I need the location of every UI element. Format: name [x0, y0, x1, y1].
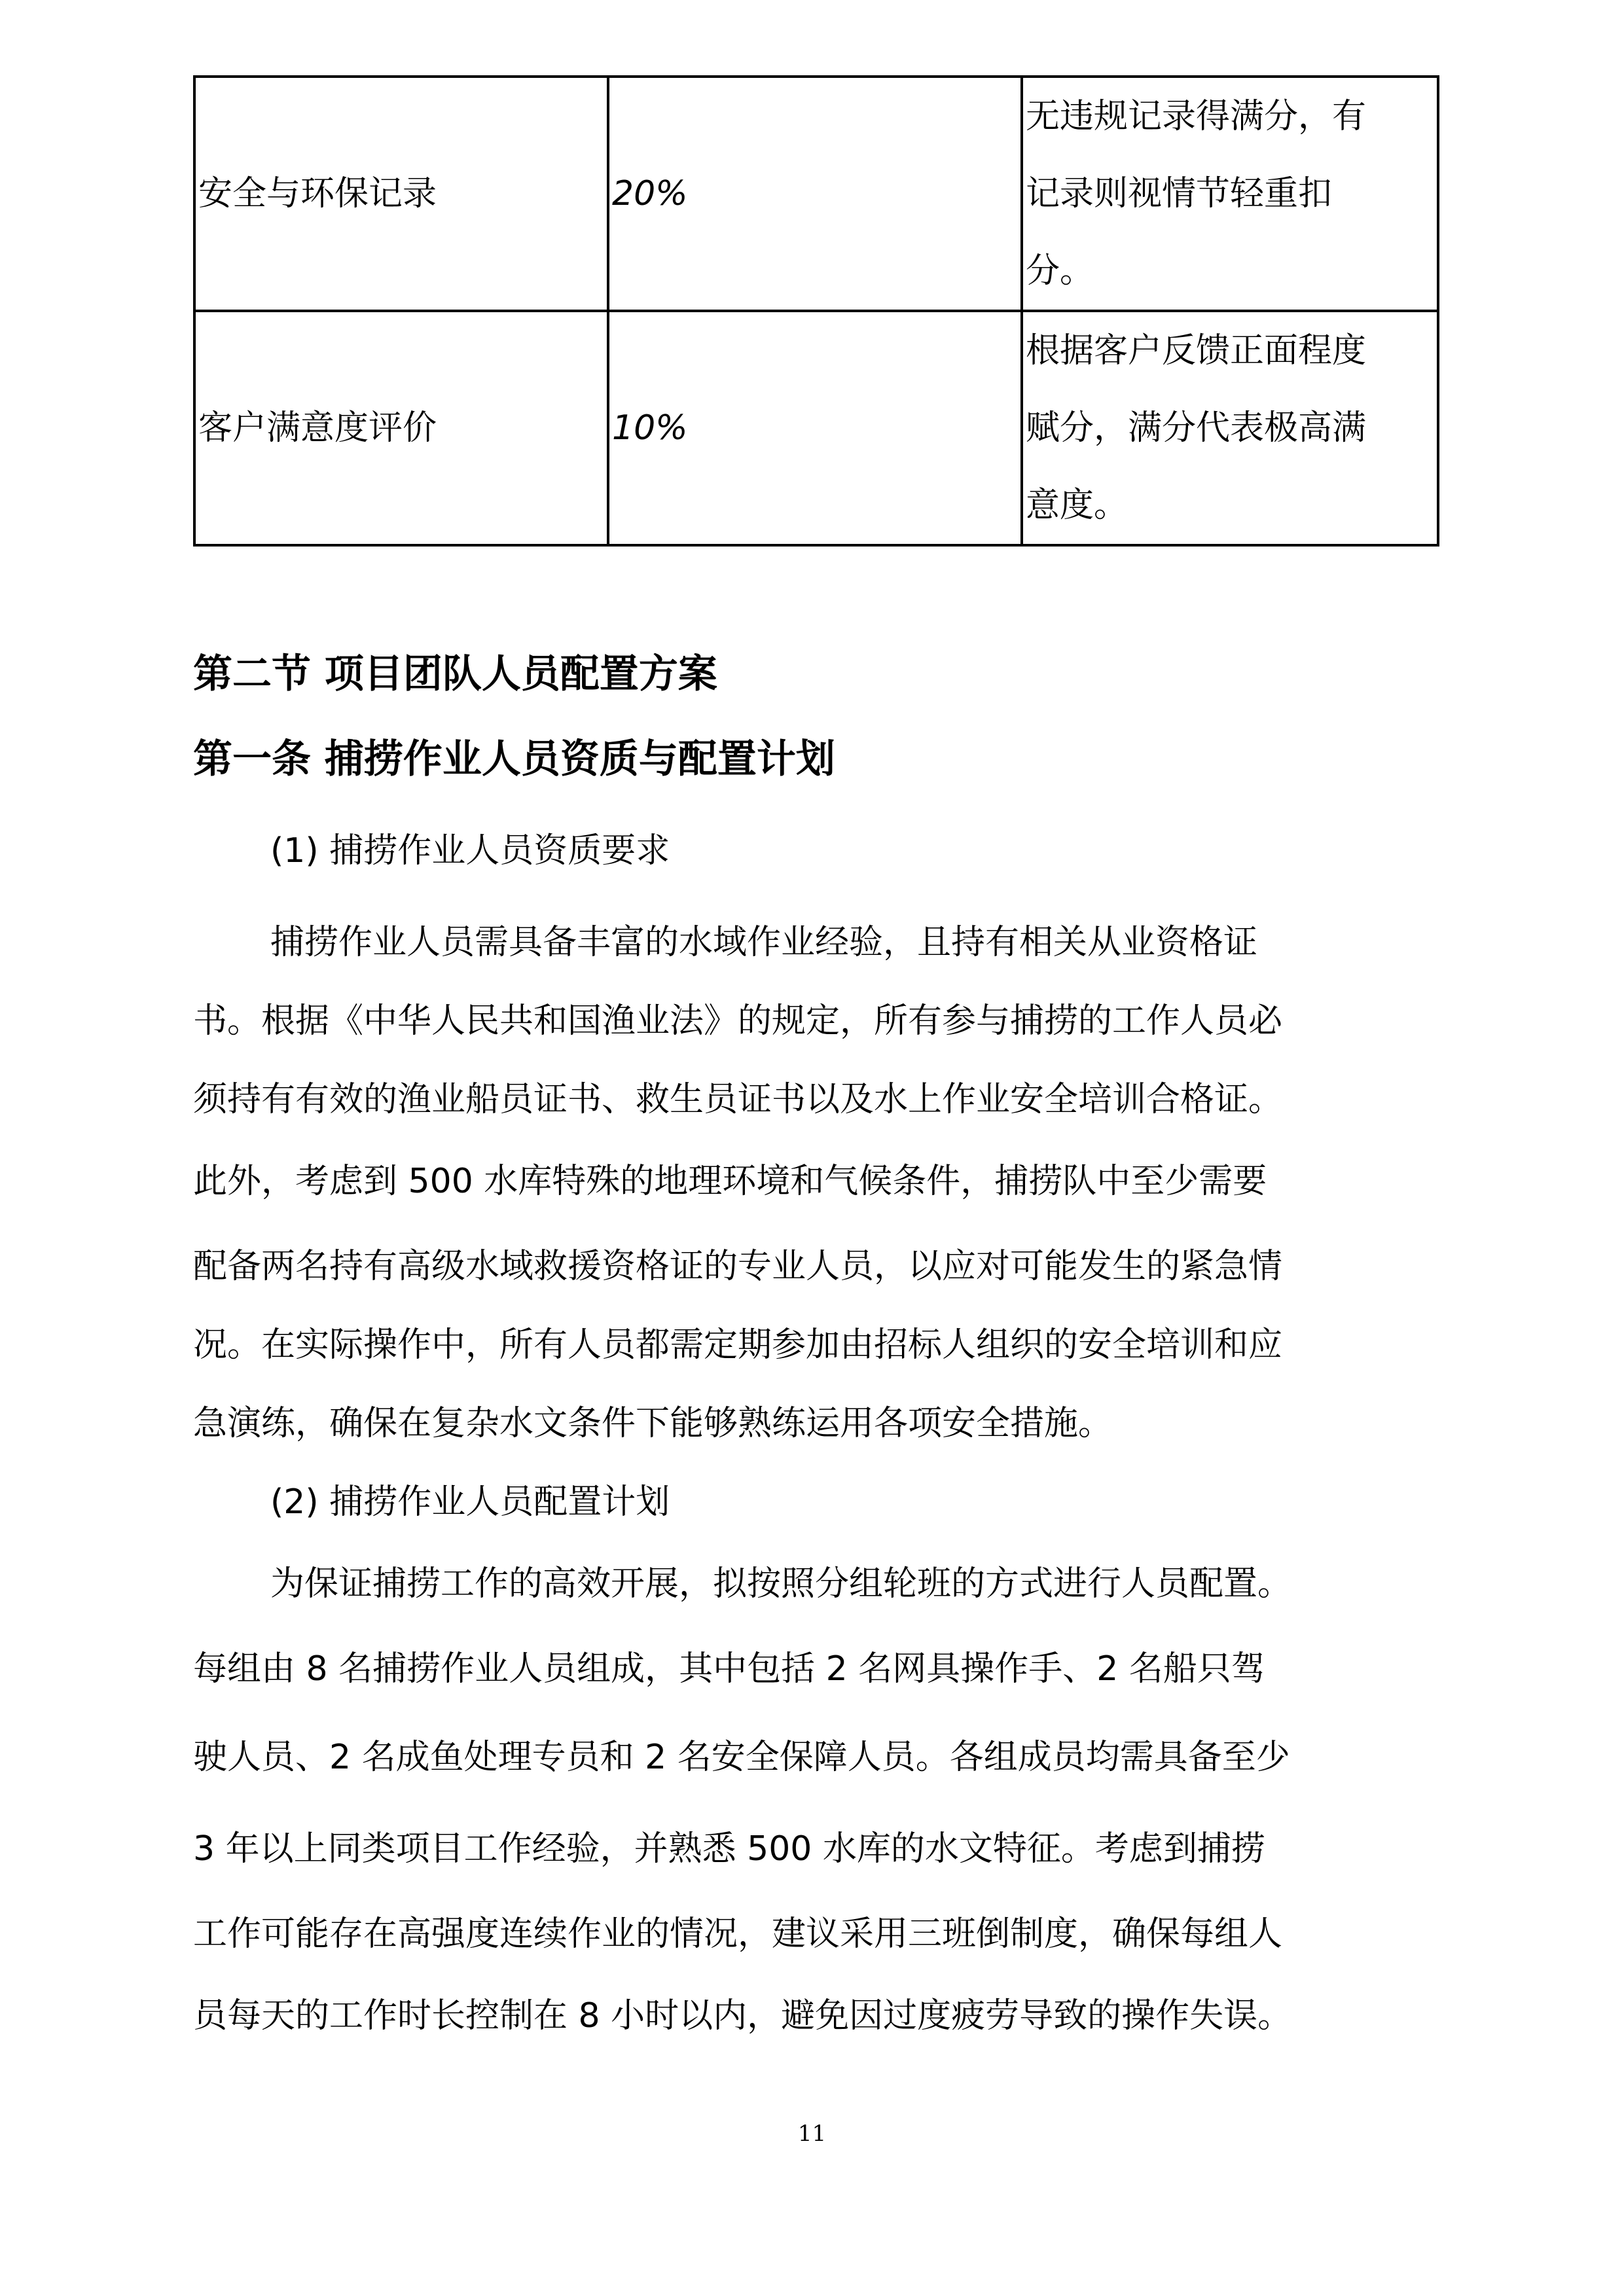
- paragraph-line: 员每天的工作时长控制在 8 小时以内，避免因过度疲劳导致的操作失误。: [193, 1993, 1291, 2039]
- paragraph-line: 急演练，确保在复杂水文条件下能够熟练运用各项安全措施。: [193, 1401, 1112, 1446]
- table-cell-weight: 10%: [608, 311, 1022, 545]
- paragraph-line: 驶人员、2 名成鱼处理专员和 2 名安全保障人员。各组成员均需具备至少: [193, 1734, 1290, 1780]
- criteria-line: 意度。: [1026, 467, 1434, 544]
- subsection-title-staffing-plan: (2) 捕捞作业人员配置计划: [270, 1479, 670, 1525]
- table-cell-criteria: 根据客户反馈正面程度 赋分，满分代表极高满 意度。: [1022, 311, 1438, 545]
- paragraph-line: 工作可能存在高强度连续作业的情况，建议采用三班倒制度，确保每组人: [193, 1911, 1282, 1957]
- criteria-line: 分。: [1026, 232, 1434, 310]
- paragraph-line: 配备两名持有高级水域救援资格证的专业人员，以应对可能发生的紧急情: [193, 1244, 1282, 1289]
- table-row: 客户满意度评价 10% 根据客户反馈正面程度 赋分，满分代表极高满 意度。: [194, 311, 1438, 545]
- paragraph-line: 为保证捕捞工作的高效开展，拟按照分组轮班的方式进行人员配置。: [270, 1561, 1291, 1607]
- table-cell-item: 安全与环保记录: [194, 77, 608, 311]
- page-number: 11: [0, 2121, 1624, 2147]
- criteria-line: 记录则视情节轻重扣: [1026, 155, 1434, 232]
- criteria-line: 无违规记录得满分，有: [1026, 78, 1434, 155]
- table-row: 安全与环保记录 20% 无违规记录得满分，有 记录则视情节轻重扣 分。: [194, 77, 1438, 311]
- paragraph-line: 3 年以上同类项目工作经验，并熟悉 500 水库的水文特征。考虑到捕捞: [193, 1826, 1265, 1872]
- subsection-title-qualifications: (1) 捕捞作业人员资质要求: [270, 828, 670, 874]
- paragraph-line: 捕捞作业人员需具备丰富的水域作业经验，且持有相关从业资格证: [270, 920, 1257, 965]
- article-heading: 第一条 捕捞作业人员资质与配置计划: [193, 733, 835, 785]
- criteria-line: 赋分，满分代表极高满: [1026, 389, 1434, 467]
- paragraph-line: 书。根据《中华人民共和国渔业法》的规定，所有参与捕捞的工作人员必: [193, 998, 1282, 1044]
- paragraph-line: 须持有有效的渔业船员证书、救生员证书以及水上作业安全培训合格证。: [193, 1077, 1282, 1122]
- table-cell-criteria: 无违规记录得满分，有 记录则视情节轻重扣 分。: [1022, 77, 1438, 311]
- criteria-line: 根据客户反馈正面程度: [1026, 312, 1434, 389]
- scoring-table: 安全与环保记录 20% 无违规记录得满分，有 记录则视情节轻重扣 分。 客户满意…: [193, 75, 1439, 547]
- paragraph-line: 此外，考虑到 500 水库特殊的地理环境和气候条件，捕捞队中至少需要: [193, 1158, 1267, 1204]
- paragraph-line: 况。在实际操作中，所有人员都需定期参加由招标人组织的安全培训和应: [193, 1322, 1282, 1368]
- paragraph-line: 每组由 8 名捕捞作业人员组成，其中包括 2 名网具操作手、2 名船只驾: [193, 1646, 1265, 1692]
- table-cell-item: 客户满意度评价: [194, 311, 608, 545]
- document-page: 安全与环保记录 20% 无违规记录得满分，有 记录则视情节轻重扣 分。 客户满意…: [0, 0, 1624, 2296]
- table-cell-weight: 20%: [608, 77, 1022, 311]
- section-heading: 第二节 项目团队人员配置方案: [193, 648, 717, 700]
